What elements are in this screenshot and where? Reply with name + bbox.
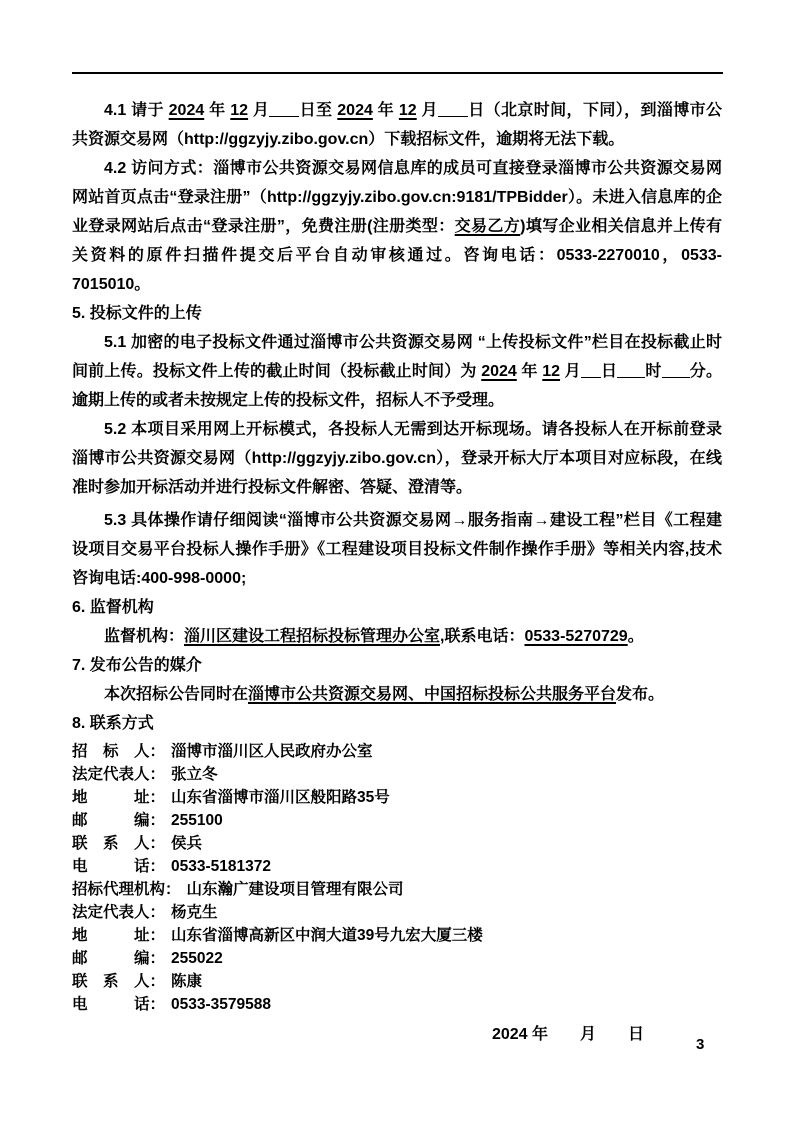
blank-day-field <box>438 103 468 117</box>
section-5-heading: 5. 投标文件的上传 <box>72 299 722 328</box>
text-segment: 月 <box>560 363 581 380</box>
contact-label: 招标代理机构 <box>72 878 165 901</box>
contact-label: 法定代表人 <box>72 901 150 924</box>
contact-label: 邮 编 <box>72 809 150 832</box>
contact-value: 山东省淄博高新区中润大道39号九宏大厦三楼 <box>171 927 483 944</box>
paragraph-6-1: 监督机构：淄川区建设工程招标投标管理办公室,联系电话：0533-5270729。 <box>72 622 722 651</box>
contact-colon: ： <box>150 996 166 1013</box>
contact-colon: ： <box>165 881 181 898</box>
contact-value: 0533-3579588 <box>171 996 271 1013</box>
contact-value: 杨克生 <box>171 904 218 921</box>
text-segment: 月 <box>417 102 438 119</box>
paragraph-4-2: 4.2 访问方式：淄博市公共资源交易网信息库的成员可直接登录淄博市公共资源交易网… <box>72 154 722 299</box>
underlined-media-names: 淄博市公共资源交易网、中国招标投标公共服务平台 <box>248 686 616 703</box>
blank-day-field <box>269 103 299 117</box>
underlined-supervisor-phone: 0533-5270729 <box>524 628 627 645</box>
contact-value: 255100 <box>171 812 223 829</box>
contact-value: 淄博市淄川区人民政府办公室 <box>171 743 373 760</box>
contact-value: 张立冬 <box>171 766 218 783</box>
text-segment: 4.1 请于 <box>104 102 169 119</box>
contact-row-agency-address: 地 址：山东省淄博高新区中润大道39号九宏大厦三楼 <box>72 924 722 947</box>
section-7-heading: 7. 发布公告的媒介 <box>72 651 722 680</box>
text-segment: 日至 <box>299 102 337 119</box>
underlined-registration-type: 交易乙方 <box>455 218 521 235</box>
underlined-year: 2024 <box>337 102 373 119</box>
section-6-heading: 6. 监督机构 <box>72 593 722 622</box>
contact-value: 山东瀚广建设项目管理有限公司 <box>187 881 404 898</box>
underlined-year: 2024 <box>481 363 517 380</box>
contact-label: 电 话 <box>72 993 150 1016</box>
document-content: 4.1 请于 2024 年 12 月日至 2024 年 12 月日（北京时间，下… <box>72 96 722 1049</box>
contact-value: 山东省淄博市淄川区般阳路35号 <box>171 789 390 806</box>
contact-label: 地 址 <box>72 924 150 947</box>
contact-label: 联 系 人 <box>72 970 150 993</box>
contact-row-legal-rep: 法定代表人：张立冬 <box>72 763 722 786</box>
contact-label: 招 标 人 <box>72 740 150 763</box>
contact-row-agency-legal-rep: 法定代表人：杨克生 <box>72 901 722 924</box>
contact-colon: ： <box>150 950 166 967</box>
text-segment: 发布。 <box>616 686 664 703</box>
contact-row-phone: 电 话：0533-5181372 <box>72 855 722 878</box>
contact-value: 0533-5181372 <box>171 858 271 875</box>
contact-colon: ： <box>150 835 166 852</box>
contact-row-zipcode: 邮 编：255100 <box>72 809 722 832</box>
text-segment: 监督机构： <box>104 628 184 645</box>
text-segment: 日 <box>601 363 617 380</box>
text-segment: 。 <box>628 628 644 645</box>
page-number: 3 <box>696 1036 704 1053</box>
contact-colon: ： <box>150 927 166 944</box>
contact-row-agency-phone: 电 话：0533-3579588 <box>72 993 722 1016</box>
contact-row-agency-zipcode: 邮 编：255022 <box>72 947 722 970</box>
underlined-month: 12 <box>542 363 560 380</box>
blank-day-field <box>581 364 601 378</box>
paragraph-5-3: 5.3 具体操作请仔细阅读“淄博市公共资源交易网→服务指南→建设工程”栏目《工程… <box>72 506 722 593</box>
paragraph-7-1: 本次招标公告同时在淄博市公共资源交易网、中国招标投标公共服务平台发布。 <box>72 680 722 709</box>
underlined-supervisor-name: 淄川区建设工程招标投标管理办公室 <box>184 628 440 645</box>
contact-value: 侯兵 <box>171 835 202 852</box>
document-page: 4.1 请于 2024 年 12 月日至 2024 年 12 月日（北京时间，下… <box>0 0 793 1121</box>
contact-colon: ： <box>150 973 166 990</box>
contact-colon: ： <box>150 743 166 760</box>
contact-colon: ： <box>150 904 166 921</box>
text-segment: 月 <box>248 102 269 119</box>
contact-row-agency-contact-person: 联 系 人：陈康 <box>72 970 722 993</box>
contact-row-tenderer: 招 标 人：淄博市淄川区人民政府办公室 <box>72 740 722 763</box>
paragraph-5-1: 5.1 加密的电子投标文件通过淄博市公共资源交易网 “上传投标文件”栏目在投标截… <box>72 328 722 415</box>
contact-row-contact-person: 联 系 人：侯兵 <box>72 832 722 855</box>
contact-colon: ： <box>150 766 166 783</box>
signature-date-line: 2024 年 月 日 <box>72 1020 722 1049</box>
paragraph-5-2: 5.2 本项目采用网上开标模式，各投标人无需到达开标现场。请各投标人在开标前登录… <box>72 415 722 502</box>
text-segment: 年 <box>204 102 230 119</box>
contact-colon: ： <box>150 789 166 806</box>
contact-value: 陈康 <box>171 973 202 990</box>
contact-label: 电 话 <box>72 855 150 878</box>
contact-label: 联 系 人 <box>72 832 150 855</box>
text-segment: 年 <box>373 102 399 119</box>
text-segment: 时 <box>645 363 661 380</box>
paragraph-4-1: 4.1 请于 2024 年 12 月日至 2024 年 12 月日（北京时间，下… <box>72 96 722 154</box>
underlined-year: 2024 <box>169 102 205 119</box>
contact-block: 招 标 人：淄博市淄川区人民政府办公室 法定代表人：张立冬 地 址：山东省淄博市… <box>72 740 722 1016</box>
blank-hour-field <box>617 364 645 378</box>
section-8-heading: 8. 联系方式 <box>72 709 722 738</box>
contact-colon: ： <box>150 812 166 829</box>
text-segment: 本次招标公告同时在 <box>104 686 248 703</box>
contact-value: 255022 <box>171 950 223 967</box>
underlined-month: 12 <box>399 102 417 119</box>
contact-row-address: 地 址：山东省淄博市淄川区般阳路35号 <box>72 786 722 809</box>
contact-label: 邮 编 <box>72 947 150 970</box>
contact-label: 法定代表人 <box>72 763 150 786</box>
text-segment: ,联系电话： <box>440 628 524 645</box>
blank-minute-field <box>662 364 690 378</box>
header-rule <box>72 72 723 74</box>
contact-row-agency: 招标代理机构：山东瀚广建设项目管理有限公司 <box>72 878 722 901</box>
underlined-month: 12 <box>230 102 248 119</box>
contact-colon: ： <box>150 858 166 875</box>
contact-label: 地 址 <box>72 786 150 809</box>
text-segment: 年 <box>517 363 542 380</box>
